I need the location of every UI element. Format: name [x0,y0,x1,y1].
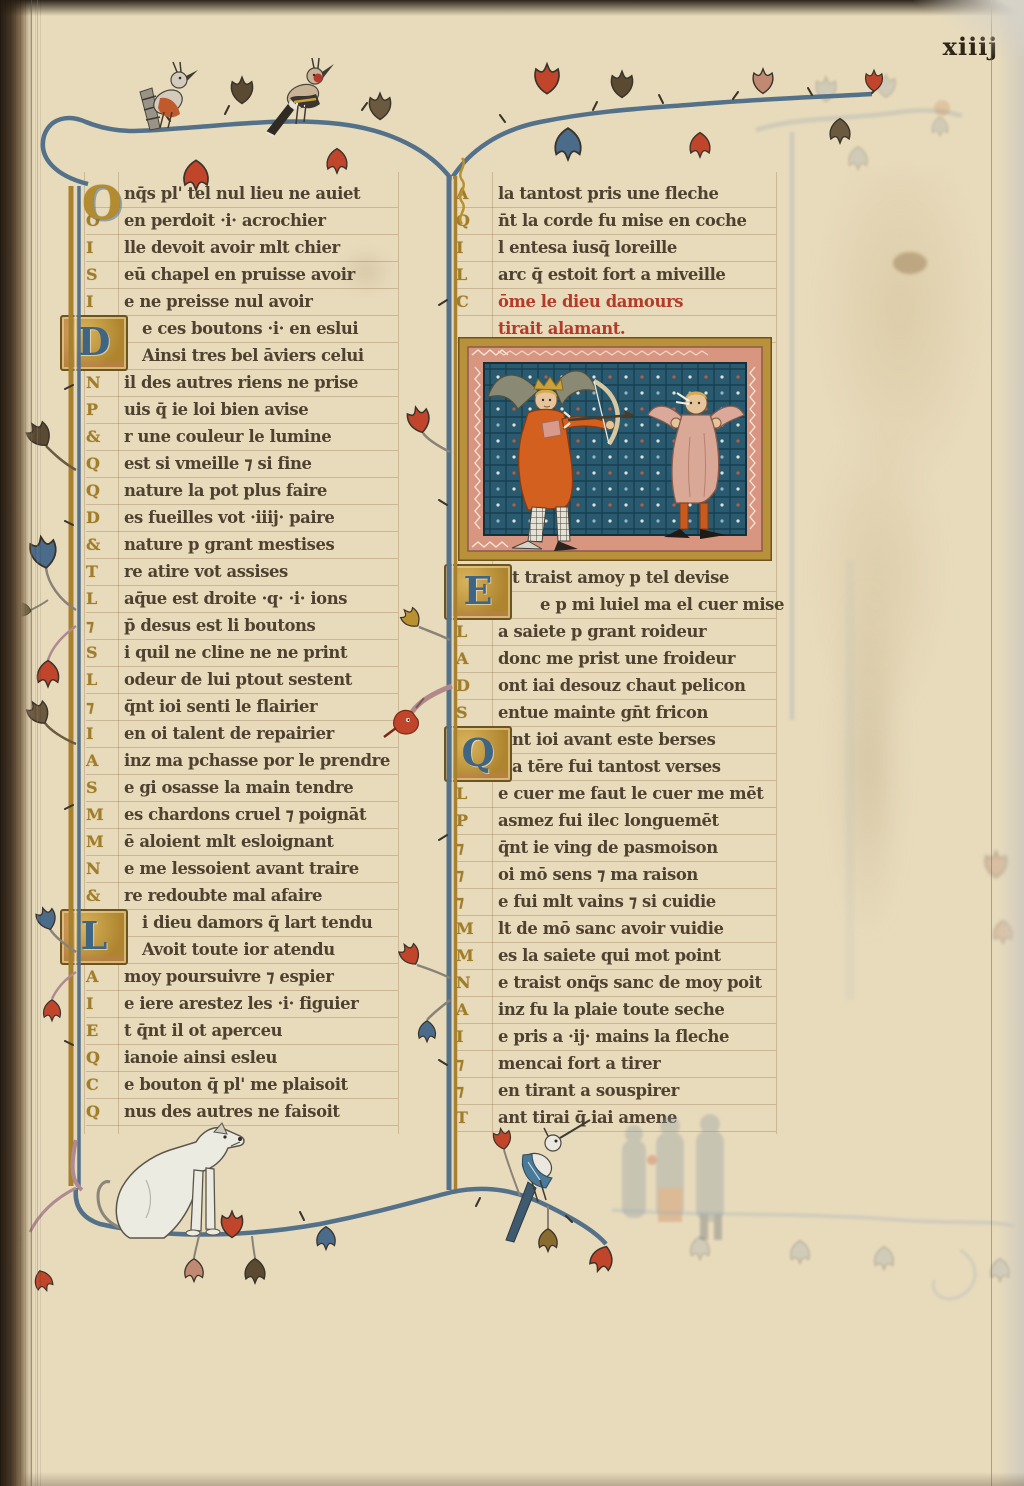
verse-line: Nil des autres riens ne prise [86,370,398,397]
line-initial: S [86,640,110,667]
line-text: p̄ desus est li boutons [124,613,315,640]
line-text: es chardons cruel ⁊ poignāt [124,802,366,829]
line-initial: D [456,673,484,700]
parchment-stain [818,520,918,1000]
illuminated-initial-Q: Q [444,726,512,782]
line-initial: ⁊ [456,835,484,862]
line-initial: L [456,619,484,646]
line-text: la tantost pris une fleche [498,181,719,208]
line-text: q̄nt ioi senti le flairier [124,694,317,721]
line-text: nature la pot plus faire [124,478,327,505]
verse-line: Puis q̄ ie loi bien avise [86,397,398,424]
line-initial: Q [86,1045,110,1072]
rubric-line: Cōme le dieu damours [456,289,776,316]
line-initial: I [86,721,110,748]
line-text: t traist amoy p tel devise [512,565,729,592]
verse-line: Ie ne preisse nul avoir [86,289,398,316]
verse-line: Adonc me prist une froideur [456,646,776,673]
verse-line: Si quil ne cline ne ne print [86,640,398,667]
verse-line: Qn̄t la corde fu mise en coche [456,208,776,235]
line-text: odeur de lui ptout sestent [124,667,352,694]
verse-line: &nature p grant mestises [86,532,398,559]
verse-line: Mes la saiete qui mot point [456,943,776,970]
verse-line: Qianoie ainsi esleu [86,1045,398,1072]
line-text: e ne preisse nul avoir [124,289,312,316]
line-text: ant tirai q̄ iai amene [498,1105,677,1132]
verse-line: Ne traist onq̄s sanc de moy poit [456,970,776,997]
line-text: aq̄ue est droite ·q· ·i· ions [124,586,347,613]
line-initial: L [86,667,110,694]
goldfinch-bird-icon [266,58,334,136]
line-text: r une couleur le lumine [124,424,331,451]
line-text: a tēre fui tantost verses [512,754,721,781]
line-initial: L [456,781,484,808]
ruling-line [776,172,777,1134]
line-initial: N [86,856,110,883]
verse-line: ⁊oi mō sens ⁊ ma raison [456,862,776,889]
illuminated-initial-E: E [444,564,512,620]
line-initial: ⁊ [456,1078,484,1105]
line-initial: Q [86,451,110,478]
line-text: en tirant a souspirer [498,1078,679,1105]
line-text: Ainsi tres bel āviers celui [142,343,364,370]
line-initial: I [86,991,110,1018]
verse-line: Ainsi tres bel āviers celui [86,343,398,370]
line-text: e gi osasse la main tendre [124,775,353,802]
verse-line: Sentue mainte gn̄t fricon [456,700,776,727]
line-initial: A [456,646,484,673]
show-through-bottom-vine [612,1210,1014,1299]
line-text: a saiete p grant roideur [498,619,706,646]
verse-line: Lodeur de lui ptout sestent [86,667,398,694]
verse-line: Avoit toute ior atendu [86,937,398,964]
illuminated-initial-D: D [60,315,128,371]
line-text: moy poursuivre ⁊ espier [124,964,333,991]
ruling-line [398,172,399,1134]
line-text: asmez fui ilec longuemēt [498,808,719,835]
line-text: nt ioi avant este berses [512,727,715,754]
line-text: ianoie ainsi esleu [124,1045,277,1072]
line-initial: M [456,943,484,970]
line-initial: I [456,1024,484,1051]
verse-line: Ainz ma pchasse por le prendre [86,748,398,775]
verse-line: Dont iai desouz chaut pelicon [456,673,776,700]
line-initial: ⁊ [456,889,484,916]
line-initial: I [86,289,110,316]
right-text-column-top: Ala tantost pris une flecheQn̄t la corde… [456,181,776,343]
verse-line: Des fueilles vot ·iiij· paire [86,505,398,532]
verse-line: Il entesa iusq̄ loreille [456,235,776,262]
dog-icon [98,1123,244,1238]
page-edge-line [37,0,38,1486]
verse-line: Seū chapel en pruisse avoir [86,262,398,289]
line-initial: C [456,289,484,316]
line-text: i dieu damors q̄ lart tendu [142,910,372,937]
line-initial: L [456,262,484,289]
verse-line: Laq̄ue est droite ·q· ·i· ions [86,586,398,613]
verse-line: Ne me lessoient avant traire [86,856,398,883]
verse-line: Se gi osasse la main tendre [86,775,398,802]
verse-line: Oen perdoit ·i· acrochier [86,208,398,235]
line-text: Avoit toute ior atendu [142,937,335,964]
line-text: arc q̄ estoit fort a miveille [498,262,725,289]
line-initial: A [86,964,110,991]
line-text: inz ma pchasse por le prendre [124,748,390,775]
line-text: nature p grant mestises [124,532,334,559]
verse-line: ⁊q̄nt ie ving de pasmoison [456,835,776,862]
line-text: nus des autres ne faisoit [124,1099,340,1126]
line-initial: M [86,829,110,856]
line-text: ōme le dieu damours [498,289,683,316]
line-text: il des autres riens ne prise [124,370,358,397]
line-initial: D [86,505,110,532]
verse-line: Ala tantost pris une fleche [456,181,776,208]
line-text: re atire vot assises [124,559,288,586]
right-text-column-bottom: t traist amoy p tel deviseEQ̄e p mi luie… [456,565,776,1132]
line-text: en perdoit ·i· acrochier [124,208,326,235]
line-initial: Q [456,208,484,235]
page-edge-line [31,0,32,1486]
line-initial: S [456,700,484,727]
line-initial: ⁊ [456,1051,484,1078]
line-initial: T [86,559,110,586]
line-text: t q̄nt il ot aperceu [124,1018,282,1045]
line-text: lle devoit avoir mlt chier [124,235,340,262]
verse-line: Pasmez fui ilec longuemēt [456,808,776,835]
line-initial: C [86,1072,110,1099]
illuminated-initial-O: O [82,174,120,234]
line-text: entue mainte gn̄t fricon [498,700,708,727]
miniature-god-of-love-shoots-lover [458,337,772,561]
line-text: en oi talent de repairier [124,721,334,748]
page-right-edge [998,0,1024,1486]
verse-line: Larc q̄ estoit fort a miveille [456,262,776,289]
show-through-figures [622,1114,724,1240]
page-corner [914,0,1024,56]
verse-line: Qnus des autres ne faisoit [86,1099,398,1126]
left-text-column: nq̄s pl' tel nul lieu ne auietOen perdoi… [86,181,398,1126]
verse-line: Mē aloient mlt esloignant [86,829,398,856]
line-initial: ⁊ [456,862,484,889]
verse-line: Et q̄nt il ot aperceu [86,1018,398,1045]
verse-line: i dieu damors q̄ lart tendu [86,910,398,937]
line-text: es la saiete qui mot point [498,943,721,970]
line-text: e cuer me faut le cuer me mēt [498,781,763,808]
line-text: e pris a ·ij· mains la fleche [498,1024,729,1051]
line-initial: ⁊ [86,613,110,640]
line-initial: Q [86,478,110,505]
line-text: eū chapel en pruisse avoir [124,262,355,289]
verse-line: Ille devoit avoir mlt chier [86,235,398,262]
line-text: e bouton q̄ pl' me plaisoit [124,1072,348,1099]
manuscript-page: xiiij O nq̄s pl' tel nul lieu ne auietOe… [0,0,1024,1486]
line-text: q̄nt ie ving de pasmoison [498,835,718,862]
line-text: lt de mō sanc avoir vuidie [498,916,724,943]
bottom-border-vine [0,1127,616,1293]
woodpecker-bird-icon [140,62,198,130]
verse-line: ⁊en tirant a souspirer [456,1078,776,1105]
line-initial: N [456,970,484,997]
verse-line: Tre atire vot assises [86,559,398,586]
verse-line: ⁊p̄ desus est li boutons [86,613,398,640]
line-text: e iere arestez les ·i· figuier [124,991,358,1018]
verse-line: nq̄s pl' tel nul lieu ne auiet [86,181,398,208]
line-initial: A [456,997,484,1024]
line-initial: A [456,181,484,208]
line-text: ont iai desouz chaut pelicon [498,673,746,700]
line-text: re redoubte mal afaire [124,883,322,910]
line-text: uis q̄ ie loi bien avise [124,397,308,424]
line-text: e fui mlt vains ⁊ si cuidie [498,889,716,916]
line-text: e ces boutons ·i· en eslui [142,316,358,343]
line-initial: A [86,748,110,775]
verse-line: Ie iere arestez les ·i· figuier [86,991,398,1018]
line-text: es fueilles vot ·iiij· paire [124,505,334,532]
line-text: oi mō sens ⁊ ma raison [498,862,698,889]
verse-line: ⁊q̄nt ioi senti le flairier [86,694,398,721]
verse-line: La saiete p grant roideur [456,619,776,646]
line-initial: N [86,370,110,397]
line-text: donc me prist une froideur [498,646,735,673]
line-text: l entesa iusq̄ loreille [498,235,677,262]
line-text: ē aloient mlt esloignant [124,829,334,856]
verse-line: e ces boutons ·i· en eslui [86,316,398,343]
line-initial: I [86,235,110,262]
page-edge-line [991,0,992,1486]
page-top-edge [0,0,1024,16]
line-text: n̄t la corde fu mise en coche [498,208,747,235]
verse-line: Ie pris a ·ij· mains la fleche [456,1024,776,1051]
line-text: i quil ne cline ne ne print [124,640,347,667]
parchment-stain [893,252,927,274]
parchment-stain [790,170,1010,730]
verse-line: Ien oi talent de repairier [86,721,398,748]
line-initial: T [456,1105,484,1132]
line-initial: M [86,802,110,829]
verse-line: Mes chardons cruel ⁊ poignāt [86,802,398,829]
show-through-top-right [756,75,962,720]
verse-line: &r une couleur le lumine [86,424,398,451]
line-initial: & [86,883,110,910]
line-initial: P [86,397,110,424]
line-initial: M [456,916,484,943]
line-initial: Q [86,1099,110,1126]
line-initial: E [86,1018,110,1045]
line-initial: S [86,775,110,802]
line-text: mencai fort a tirer [498,1051,660,1078]
line-initial: L [86,586,110,613]
line-initial: & [86,424,110,451]
verse-line: Mlt de mō sanc avoir vuidie [456,916,776,943]
line-initial: & [86,532,110,559]
verse-line: Qnature la pot plus faire [86,478,398,505]
line-initial: P [456,808,484,835]
verse-line: Ainz fu la plaie toute seche [456,997,776,1024]
verse-line: ⁊e fui mlt vains ⁊ si cuidie [456,889,776,916]
line-initial: S [86,262,110,289]
verse-line: Tant tirai q̄ iai amene [456,1105,776,1132]
verse-line: ⁊mencai fort a tirer [456,1051,776,1078]
line-text: est si vmeille ⁊ si fine [124,451,312,478]
verse-line: Qest si vmeille ⁊ si fine [86,451,398,478]
magpie-bird-icon [506,1120,590,1242]
page-bottom-edge [0,1472,1024,1486]
illuminated-initial-L: L [60,909,128,965]
verse-line: Ce bouton q̄ pl' me plaisoit [86,1072,398,1099]
verse-line: &re redoubte mal afaire [86,883,398,910]
line-initial: I [456,235,484,262]
line-text: e p mi luiel ma el cuer mise [540,592,784,619]
line-text: inz fu la plaie toute seche [498,997,724,1024]
verse-line: Amoy poursuivre ⁊ espier [86,964,398,991]
line-text: nq̄s pl' tel nul lieu ne auiet [124,181,360,208]
line-text: e traist onq̄s sanc de moy poit [498,970,762,997]
verse-line: Le cuer me faut le cuer me mēt [456,781,776,808]
line-text: e me lessoient avant traire [124,856,359,883]
line-initial: ⁊ [86,694,110,721]
